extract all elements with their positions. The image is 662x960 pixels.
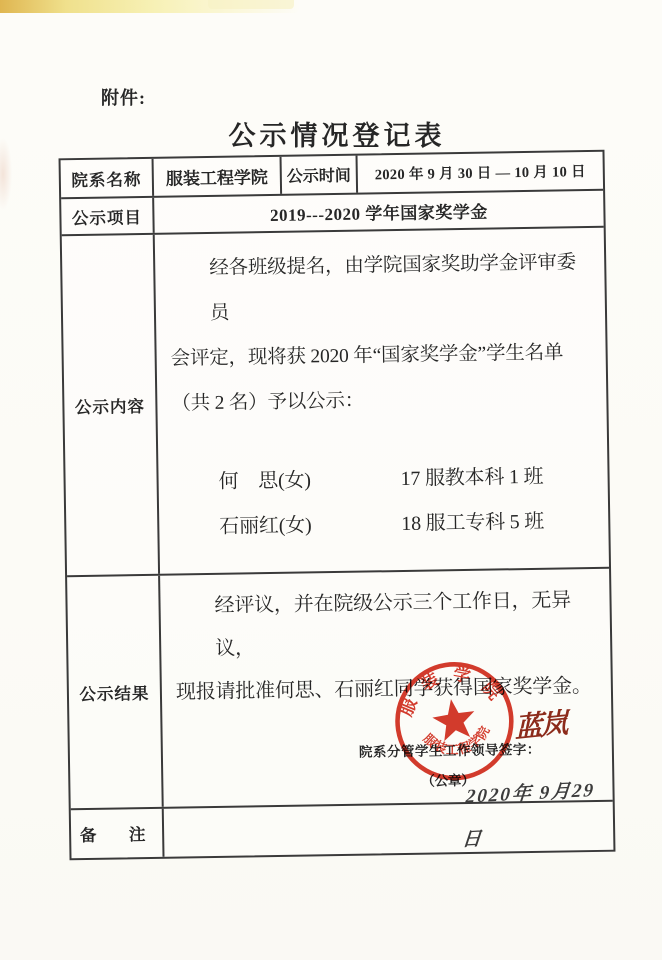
seal-star-icon (430, 696, 478, 743)
highlighter-band-2 (208, 0, 294, 9)
student-class: 18 服工专科 5 班 (401, 500, 545, 547)
official-seal-stamp: 服 装 学 院 服装工程学院 (381, 648, 527, 794)
page-title: 公示情况登记表 (0, 114, 662, 153)
content-line: 会评定，现将获 2020 年“国家奖学金”学生名单 (170, 330, 596, 382)
announce-time-value: 2020 年 9 月 30 日 — 10 月 10 日 (358, 152, 604, 193)
student-class: 17 服教本科 1 班 (400, 455, 544, 502)
student-row: 石丽红(女) 18 服工专科 5 班 (173, 499, 599, 551)
registration-table: 院系名称 服装工程学院 公示时间 2020 年 9 月 30 日 — 10 月 … (59, 150, 616, 860)
attachment-label: 附件: (101, 84, 146, 110)
project-value: 2019---2020 学年国家奖学金 (154, 191, 603, 233)
student-name: 石丽红(女) (219, 503, 360, 550)
student-name: 何 思(女) (218, 458, 359, 505)
remarks-label: 备 注 (71, 809, 165, 858)
department-value: 服装工程学院 (154, 157, 283, 196)
result-body: 经评议，并在院级公示三个工作日，无异议， 现报请批准何思、石丽红同学获得国家奖学… (160, 569, 613, 807)
content-line: （共 2 名）予以公示： (171, 375, 597, 427)
department-label: 院系名称 (61, 159, 155, 197)
scanned-document-page: 附件: 公示情况登记表 院系名称 服装工程学院 公示时间 2020 年 9 月 … (0, 0, 662, 960)
handwritten-signature: 蓝岚 (514, 701, 567, 749)
project-label: 公示项目 (61, 198, 155, 234)
content-label: 公示内容 (62, 235, 160, 575)
student-list: 何 思(女) 17 服教本科 1 班 石丽红(女) 18 服工专科 5 班 (172, 454, 598, 551)
announce-time-label: 公示时间 (282, 156, 359, 194)
table-row-content: 公示内容 经各班级提名，由学院国家奖助学金评审委员 会评定，现将获 2020 年… (62, 228, 609, 577)
result-label: 公示结果 (67, 576, 164, 808)
handwritten-date: 2020年 9月29日 (460, 768, 617, 862)
result-line: 经评议，并在院级公示三个工作日，无异议， (174, 579, 600, 672)
student-row: 何 思(女) 17 服教本科 1 班 (172, 454, 598, 506)
table-row-result: 公示结果 经评议，并在院级公示三个工作日，无异议， 现报请批准何思、石丽红同学获… (67, 569, 613, 810)
content-line: 经各班级提名，由学院国家奖助学金评审委员 (169, 240, 595, 337)
content-body: 经各班级提名，由学院国家奖助学金评审委员 会评定，现将获 2020 年“国家奖学… (155, 228, 609, 574)
